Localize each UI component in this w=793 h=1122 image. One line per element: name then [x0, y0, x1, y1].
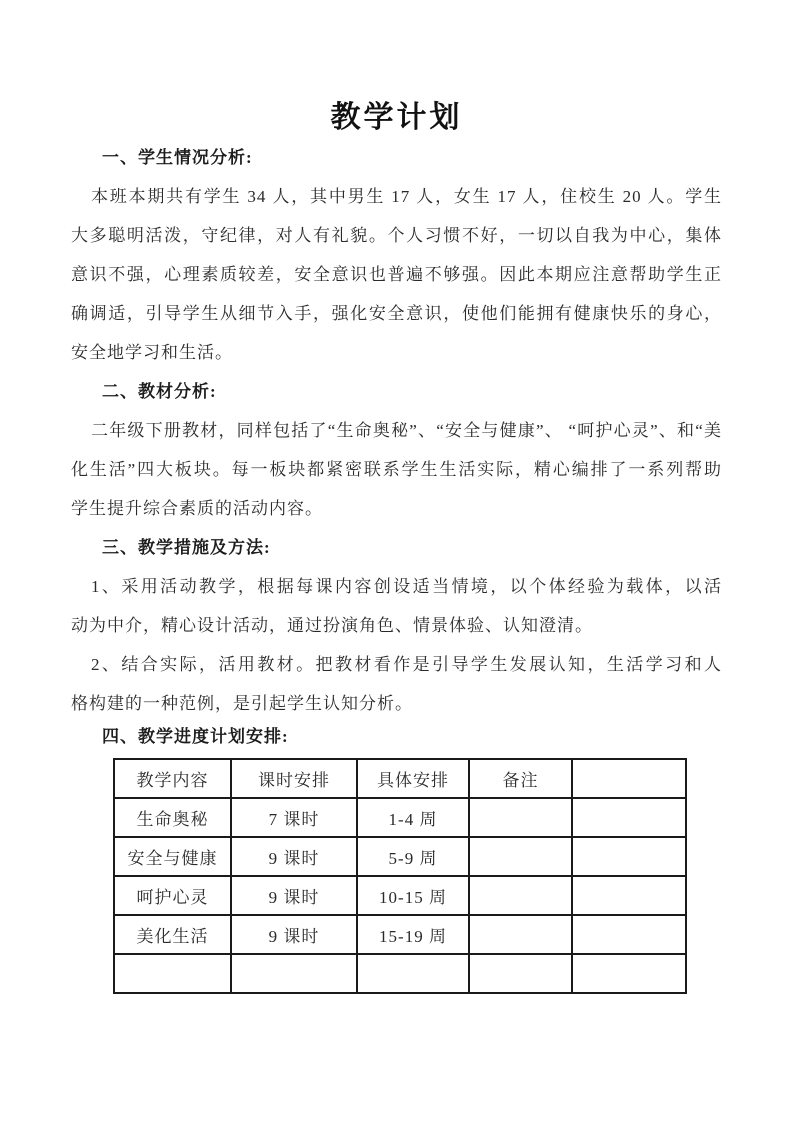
table-row: 生命奥秘7 课时1-4 周	[114, 798, 686, 837]
document-page: 教学计划 一、学生情况分析:本班本期共有学生 34 人，其中男生 17 人，女生…	[0, 0, 793, 1122]
table-row: 美化生活9 课时15-19 周	[114, 915, 686, 954]
document-title: 教学计划	[71, 98, 722, 138]
table-cell: 7 课时	[231, 798, 357, 837]
paragraph-line: 意识不强，心理素质较差，安全意识也普遍不够强。因此本期应注意帮助学生正	[71, 255, 722, 294]
table-cell	[114, 954, 231, 993]
table-cell	[469, 954, 572, 993]
table-header-row: 教学内容课时安排具体安排备注	[114, 759, 686, 798]
table-cell	[572, 915, 686, 954]
section-heading-4: 四、教学进度计划安排:	[71, 723, 722, 751]
paragraph: 二年级下册教材，同样包括了“生命奥秘”、“安全与健康”、 “呵护心灵”、和“美化…	[71, 411, 722, 528]
paragraph-line: 确调适，引导学生从细节入手，强化安全意识，使他们能拥有健康快乐的身心，	[71, 294, 722, 333]
table-cell	[572, 876, 686, 915]
table-cell	[469, 798, 572, 837]
table-header-cell: 备注	[469, 759, 572, 798]
table-cell: 呵护心灵	[114, 876, 231, 915]
table-cell	[231, 954, 357, 993]
section-heading-1: 一、学生情况分析:	[71, 138, 722, 177]
paragraph-line: 大多聪明活泼，守纪律，对人有礼貌。个人习惯不好，一切以自我为中心，集体	[71, 216, 722, 255]
paragraph-line: 二年级下册教材，同样包括了“生命奥秘”、“安全与健康”、 “呵护心灵”、和“美	[71, 411, 722, 450]
table-row: 安全与健康9 课时5-9 周	[114, 837, 686, 876]
paragraph-line: 本班本期共有学生 34 人，其中男生 17 人，女生 17 人，住校生 20 人…	[71, 177, 722, 216]
table-cell: 生命奥秘	[114, 798, 231, 837]
table-cell	[357, 954, 469, 993]
table-cell	[469, 837, 572, 876]
table-cell: 9 课时	[231, 837, 357, 876]
paragraph: 本班本期共有学生 34 人，其中男生 17 人，女生 17 人，住校生 20 人…	[71, 177, 722, 372]
table-cell: 10-15 周	[357, 876, 469, 915]
table-cell: 安全与健康	[114, 837, 231, 876]
table-cell: 1-4 周	[357, 798, 469, 837]
table-cell: 美化生活	[114, 915, 231, 954]
table-cell: 9 课时	[231, 915, 357, 954]
table-cell	[572, 837, 686, 876]
table-header-cell: 教学内容	[114, 759, 231, 798]
table-cell: 15-19 周	[357, 915, 469, 954]
paragraph: 2、结合实际，活用教材。把教材看作是引导学生发展认知，生活学习和人格构建的一种范…	[71, 645, 722, 723]
paragraph-line: 2、结合实际，活用教材。把教材看作是引导学生发展认知，生活学习和人	[71, 645, 722, 684]
table-cell	[572, 798, 686, 837]
document-body: 一、学生情况分析:本班本期共有学生 34 人，其中男生 17 人，女生 17 人…	[71, 138, 722, 751]
section-heading-2: 二、教材分析:	[71, 372, 722, 411]
section-heading-3: 三、教学措施及方法:	[71, 528, 722, 567]
table-cell	[572, 954, 686, 993]
table-cell	[469, 876, 572, 915]
table-header-cell: 课时安排	[231, 759, 357, 798]
table-cell: 5-9 周	[357, 837, 469, 876]
table-cell	[469, 915, 572, 954]
table-header-cell: 具体安排	[357, 759, 469, 798]
paragraph-line: 1、采用活动教学，根据每课内容创设适当情境，以个体经验为载体，以活	[71, 567, 722, 606]
paragraph: 1、采用活动教学，根据每课内容创设适当情境，以个体经验为载体，以活动为中介，精心…	[71, 567, 722, 645]
paragraph-line: 格构建的一种范例，是引起学生认知分析。	[71, 684, 722, 723]
paragraph-line: 安全地学习和生活。	[71, 333, 722, 372]
table-row	[114, 954, 686, 993]
table-row: 呵护心灵9 课时10-15 周	[114, 876, 686, 915]
paragraph-line: 动为中介，精心设计活动，通过扮演角色、情景体验、认知澄清。	[71, 606, 722, 645]
table-cell: 9 课时	[231, 876, 357, 915]
table-header-cell	[572, 759, 686, 798]
paragraph-line: 学生提升综合素质的活动内容。	[71, 489, 722, 528]
teaching-schedule-table: 教学内容课时安排具体安排备注生命奥秘7 课时1-4 周安全与健康9 课时5-9 …	[113, 758, 687, 994]
paragraph-line: 化生活”四大板块。每一板块都紧密联系学生生活实际，精心编排了一系列帮助	[71, 450, 722, 489]
